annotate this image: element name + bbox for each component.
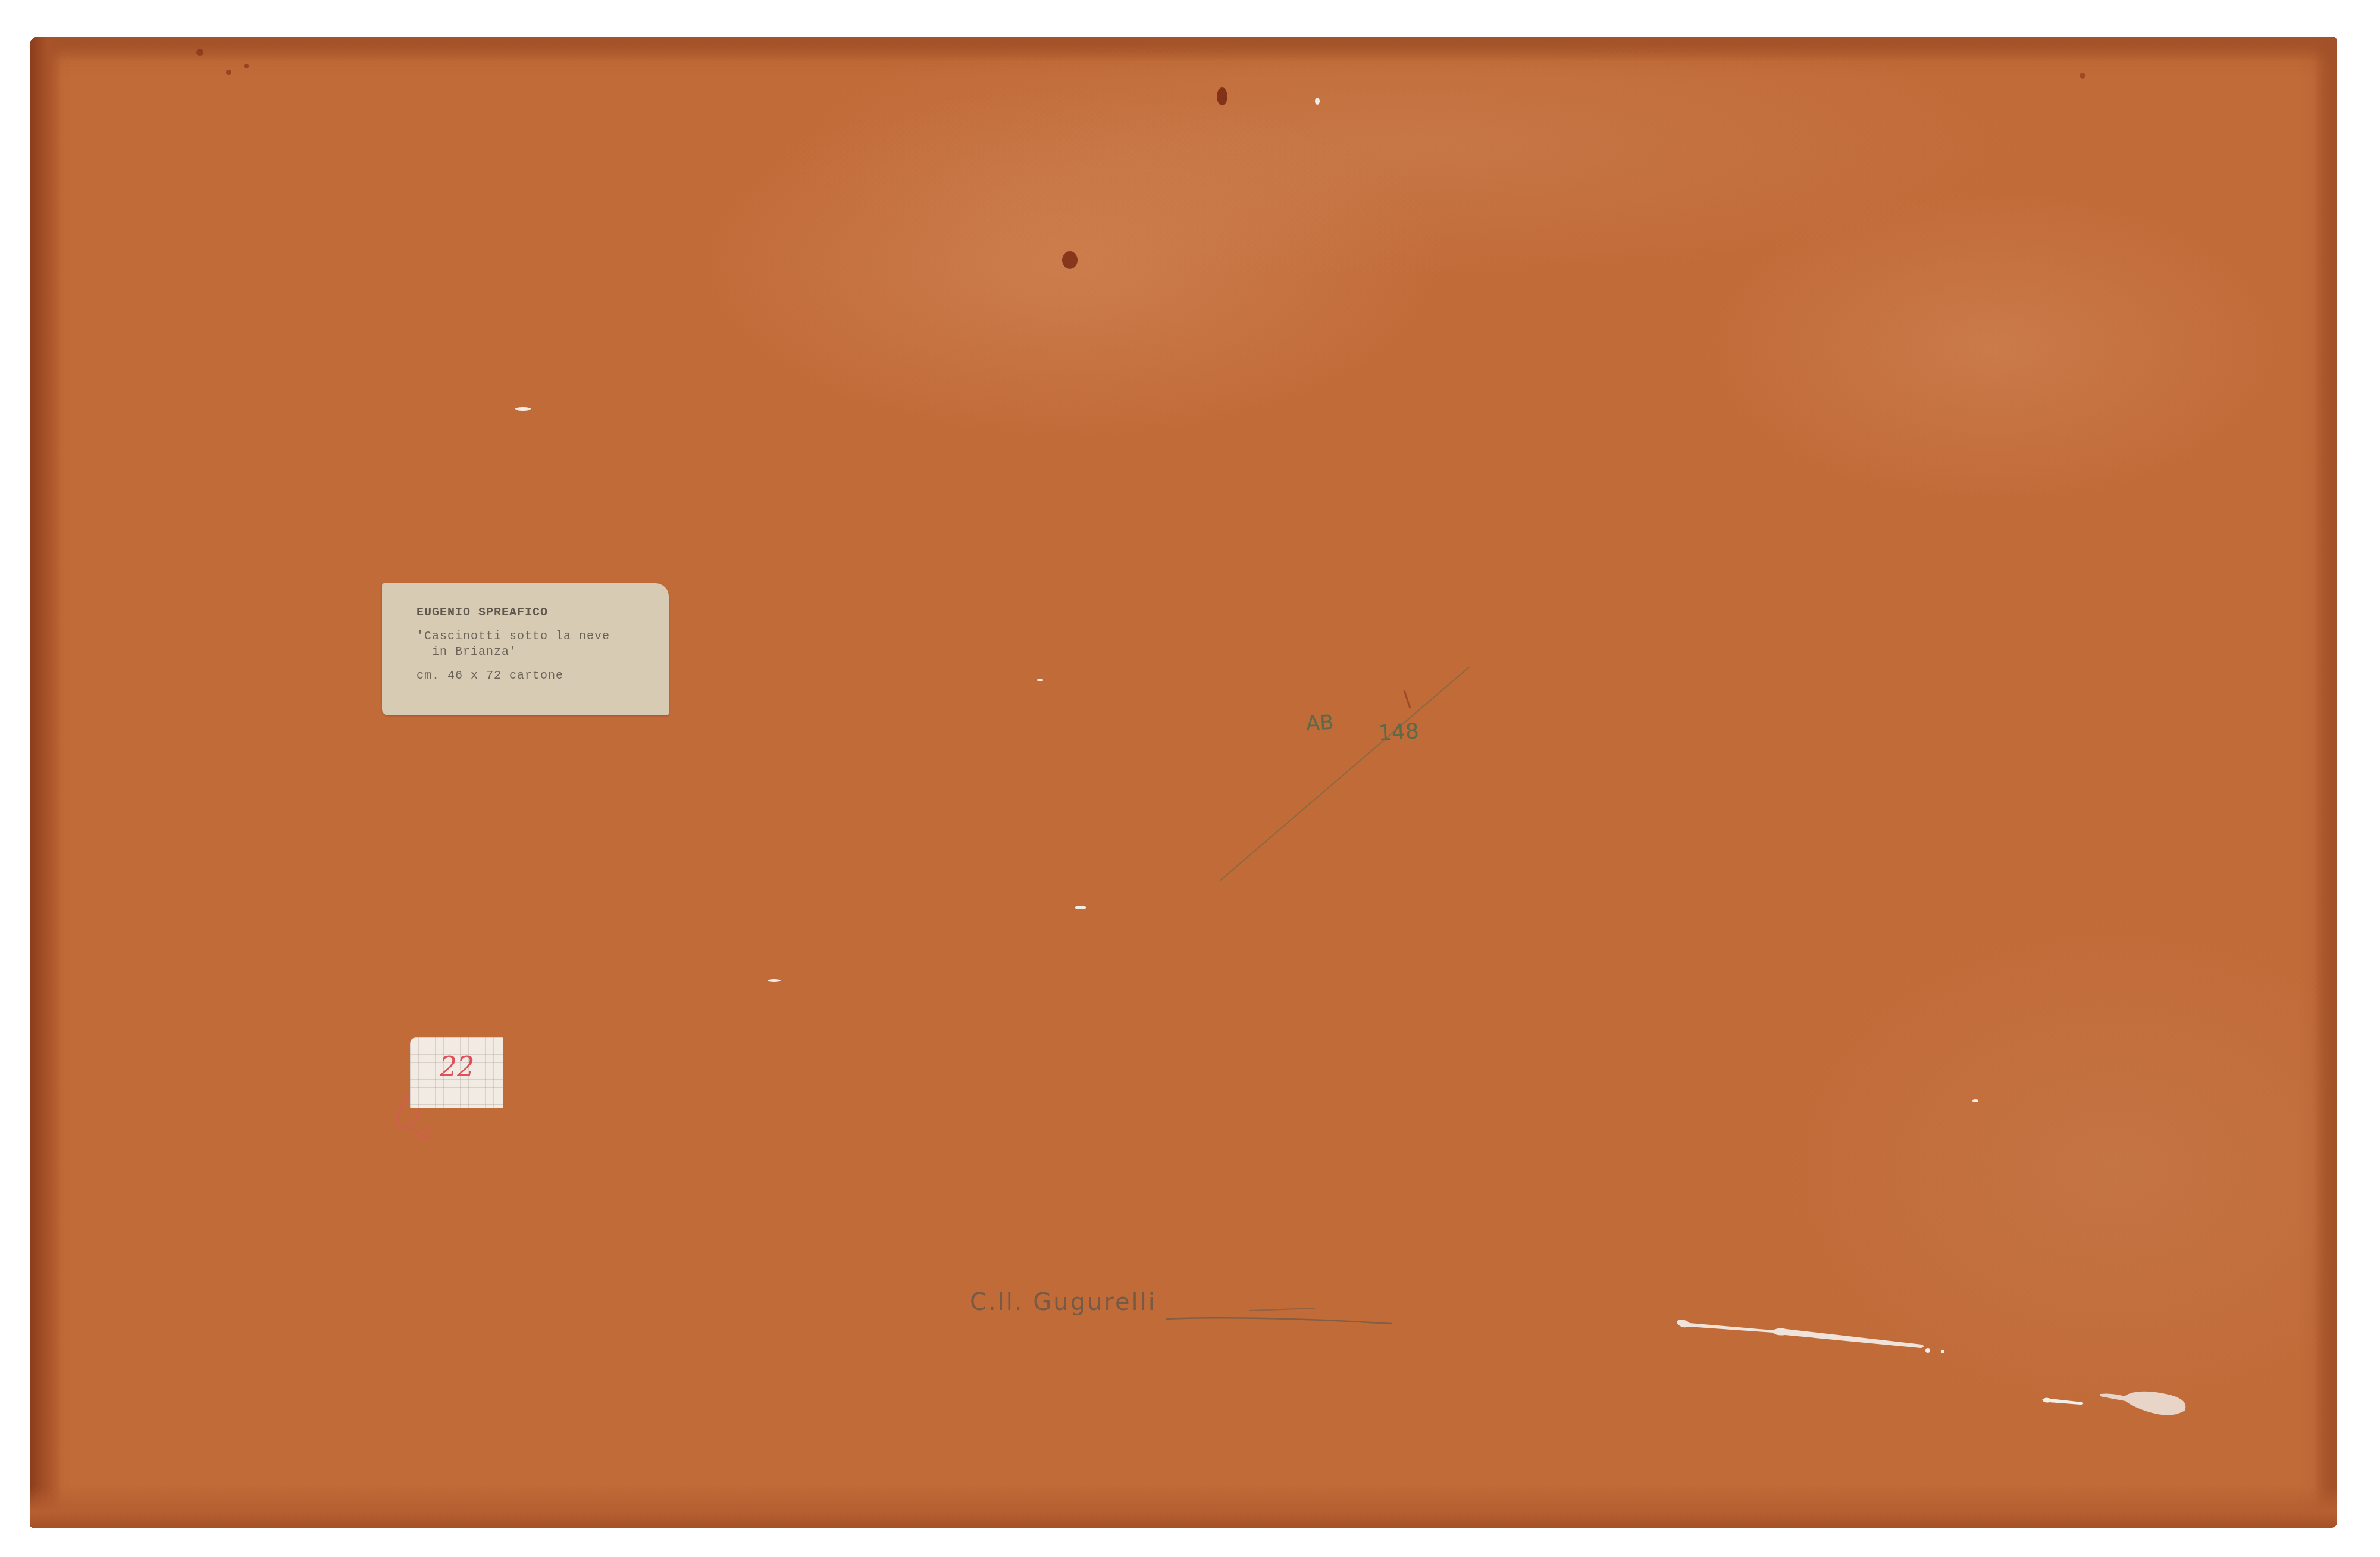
white-speck	[515, 407, 531, 411]
label-title-line-2: in Brianza'	[432, 646, 517, 658]
pencil-signature: C.ll. Gugurelli	[970, 1289, 1157, 1316]
white-speck	[1037, 679, 1043, 681]
white-speck	[1075, 906, 1086, 909]
pencil-code-prefix: AB	[1305, 711, 1335, 736]
dark-stain	[2080, 73, 2085, 79]
sticker-number: 22	[440, 1050, 475, 1083]
dark-stain	[196, 49, 203, 56]
bottom-edge-stain	[30, 1486, 2337, 1528]
white-speck	[1972, 1099, 1978, 1102]
dark-stain	[1062, 251, 1078, 269]
pencil-diagonal-line	[1220, 655, 1487, 881]
pencil-code-number: 148	[1377, 719, 1420, 746]
pencil-inventory-code: AB 148	[1305, 711, 1335, 736]
white-paint-drip-small	[2041, 1394, 2088, 1412]
numbered-grid-sticker: 22	[410, 1037, 503, 1108]
signature-underline	[1166, 1303, 1404, 1327]
label-dimensions: cm. 46 x 72 cartone	[416, 670, 563, 682]
label-title-line-1: 'Cascinotti sotto la neve	[416, 631, 610, 643]
white-speck	[768, 979, 781, 982]
dark-stain	[1217, 87, 1227, 105]
top-edge-stain	[30, 37, 2337, 61]
label-artist: EUGENIO SPREAFICO	[416, 607, 548, 619]
photo-stage: EUGENIO SPREAFICO 'Cascinotti sotto la n…	[0, 0, 2380, 1557]
right-edge-stain	[2313, 37, 2337, 1528]
white-paint-drip	[1672, 1308, 1969, 1355]
dark-stain	[244, 64, 249, 68]
white-speck	[1315, 98, 1320, 105]
white-paint-splash	[2100, 1382, 2219, 1430]
typed-provenance-label: EUGENIO SPREAFICO 'Cascinotti sotto la n…	[382, 583, 669, 715]
left-edge-stain	[30, 37, 62, 1528]
dark-stain	[226, 70, 231, 75]
